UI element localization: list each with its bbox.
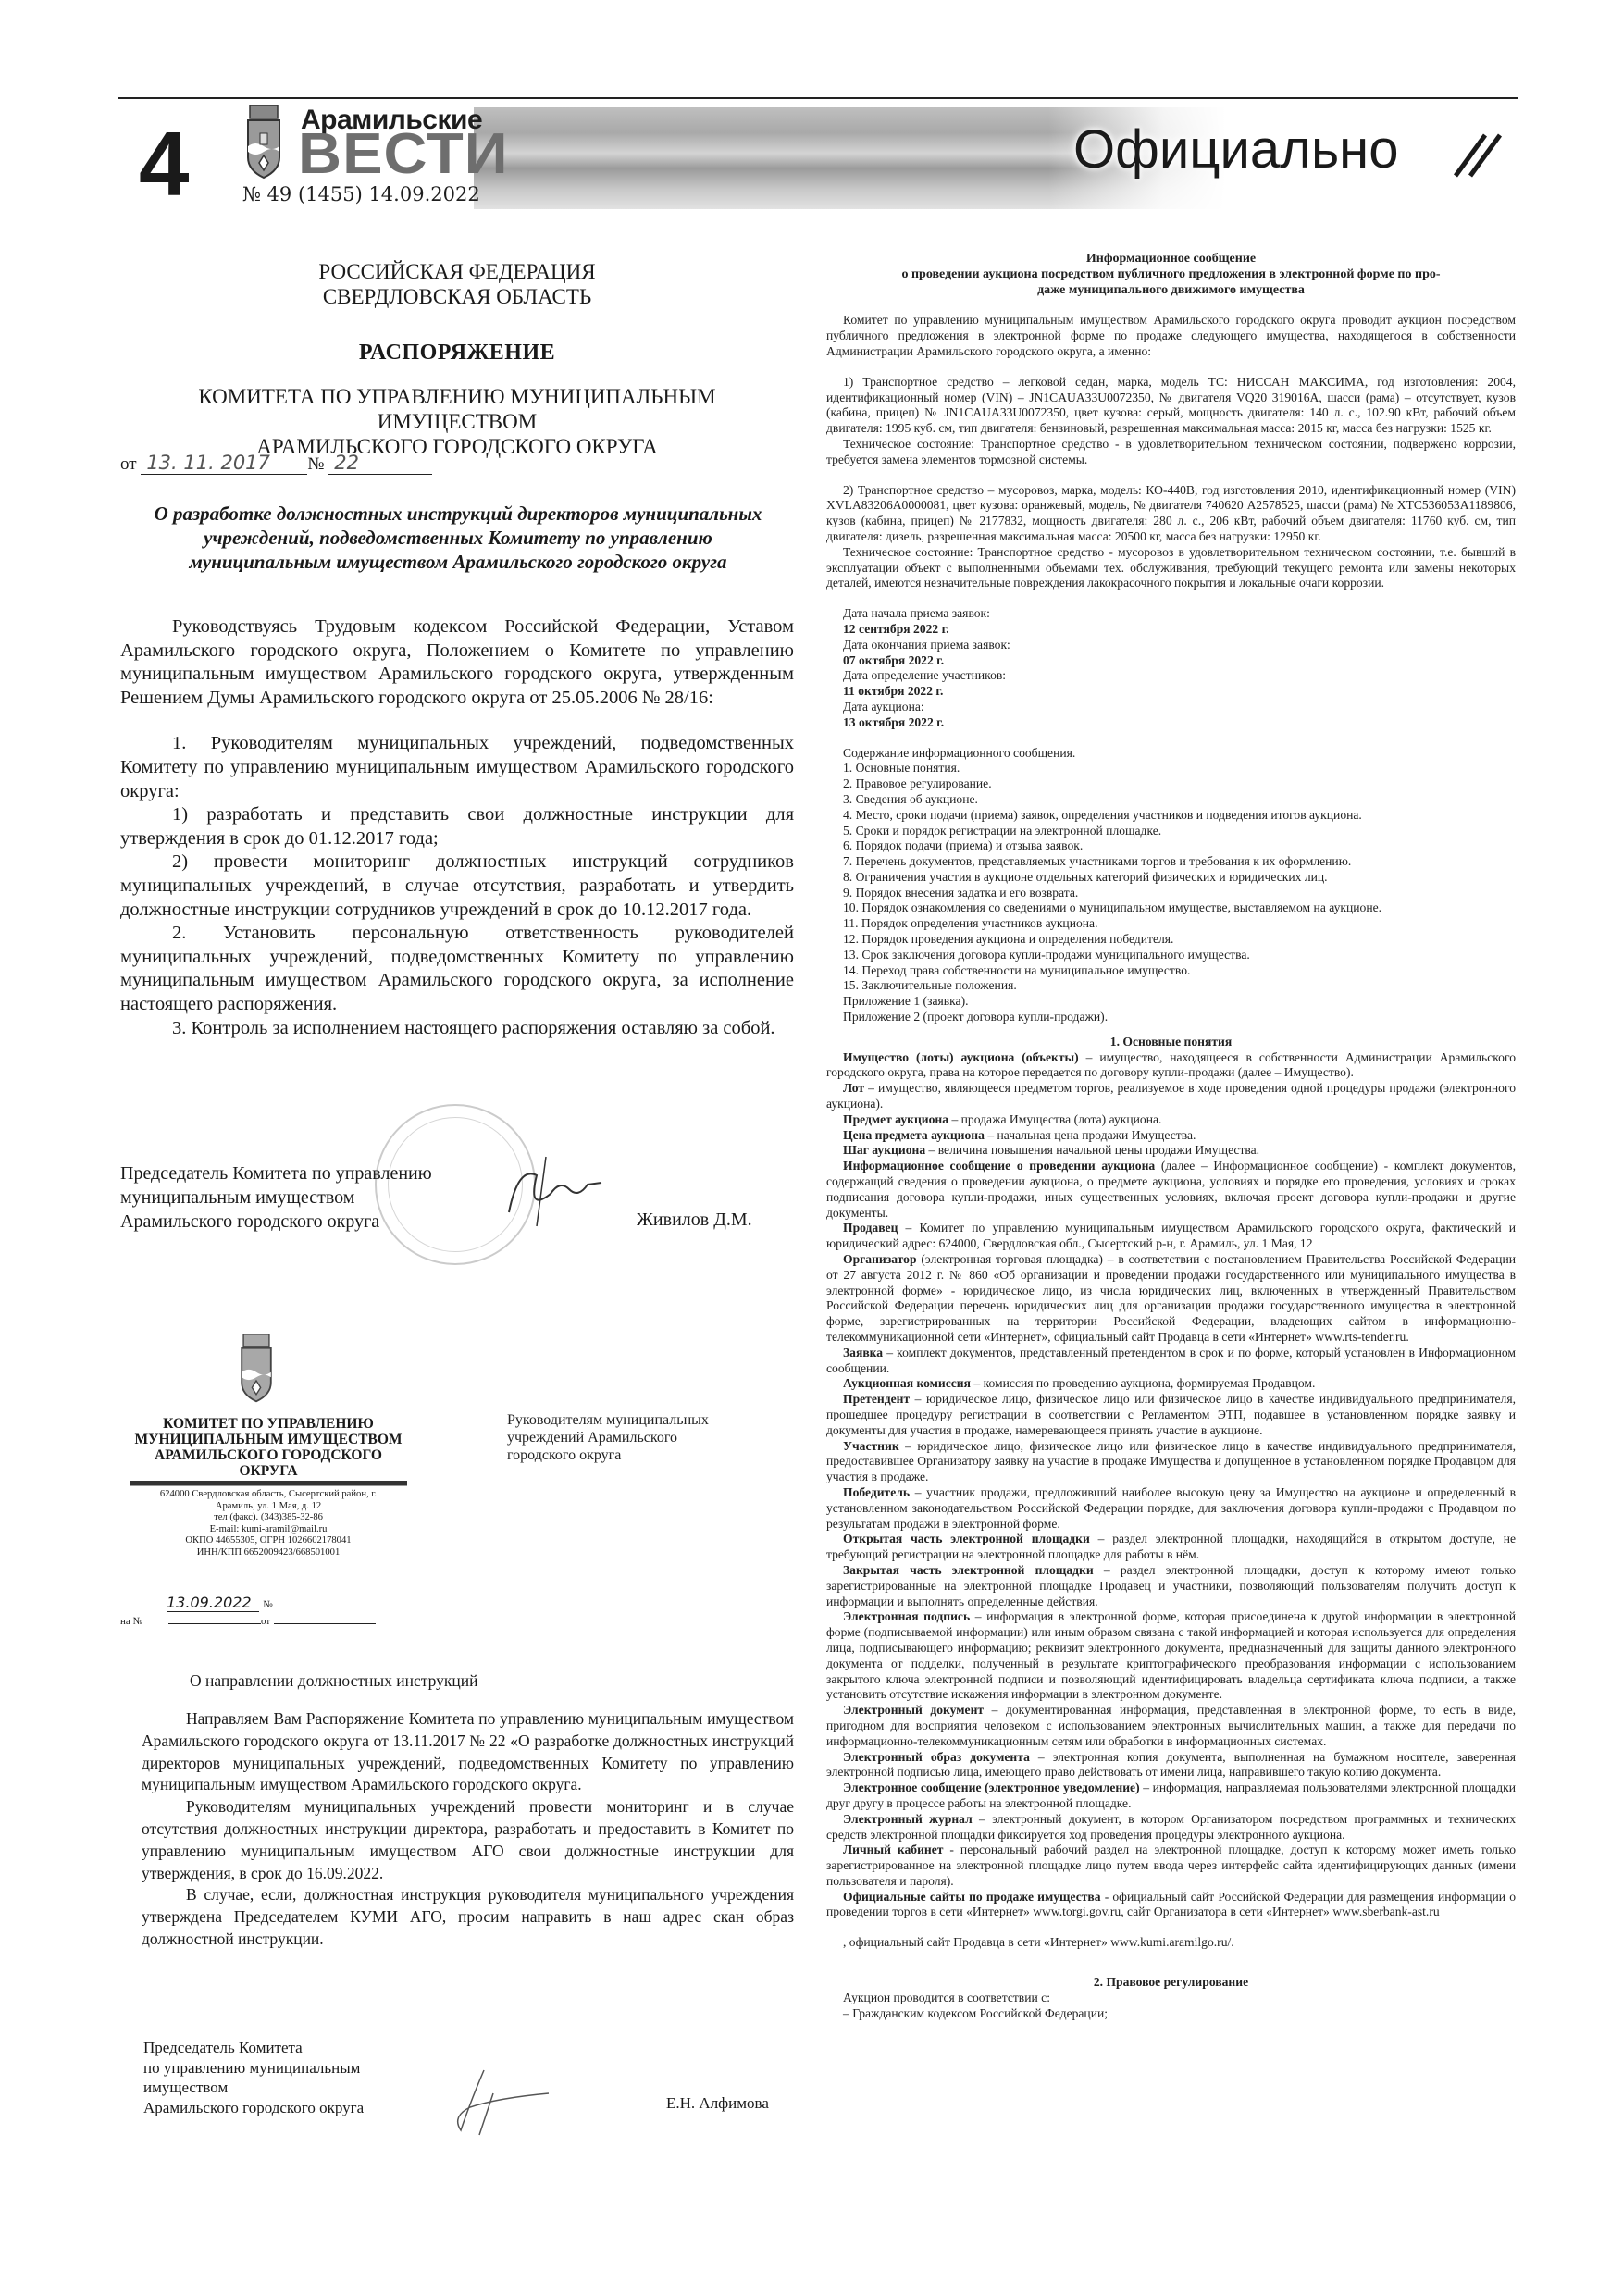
definition-item: Продавец – Комитет по управлению муницип… <box>826 1221 1516 1252</box>
toc-item: Приложение 1 (заявка). <box>826 994 1516 1010</box>
definition-text: – участник продажи, предложивший наиболе… <box>826 1485 1516 1531</box>
definition-item: Цена предмета аукциона – начальная цена … <box>826 1128 1516 1144</box>
order-item: 2. Установить персональную ответственнос… <box>120 922 794 1016</box>
definition-term: Заявка <box>843 1346 883 1359</box>
definition-item: Имущество (лоты) аукциона (объекты) – им… <box>826 1050 1516 1082</box>
seller-site: , официальный сайт Продавца в сети «Инте… <box>826 1935 1516 1951</box>
definition-text: – величина повышения начальной цены прод… <box>925 1143 1259 1157</box>
toc-item: 2. Правовое регулирование. <box>826 776 1516 792</box>
definition-item: Заявка – комплект документов, представле… <box>826 1346 1516 1377</box>
notice-intro: Комитет по управлению муниципальным имущ… <box>826 313 1516 359</box>
definition-text: – продажа Имущества (лота) аукциона. <box>948 1112 1161 1126</box>
definition-item: Организатор (электронная торговая площад… <box>826 1252 1516 1346</box>
definition-item: Информационное сообщение о проведении ау… <box>826 1159 1516 1221</box>
toc-item: Приложение 2 (проект договора купли-прод… <box>826 1010 1516 1025</box>
toc-item: 3. Сведения об аукционе. <box>826 792 1516 808</box>
definition-item: Электронный документ – документированная… <box>826 1703 1516 1749</box>
letterhead-address: 624000 Свердловская область, Сысертский … <box>130 1489 407 1559</box>
definition-term: Претендент <box>843 1392 910 1406</box>
order-item: 3. Контроль за исполнением настоящего ра… <box>120 1017 794 1041</box>
definition-text: – комплект документов, представленный пр… <box>826 1346 1516 1375</box>
double-slash-icon <box>1448 128 1504 183</box>
definition-text: – имущество, являющееся предметом торгов… <box>826 1081 1516 1111</box>
issue-number-date: № 49 (1455) 14.09.2022 <box>242 183 480 205</box>
definition-term: Электронный образ документа <box>843 1750 1030 1764</box>
definition-item: Аукционная комиссия – комиссия по провед… <box>826 1376 1516 1392</box>
definition-text: – Комитет по управлению муниципальным им… <box>826 1221 1516 1250</box>
definition-term: Электронный журнал <box>843 1812 973 1826</box>
order-number: 22 <box>328 452 432 475</box>
notice-lot-2-condition: Техническое состояние: Транспортное сред… <box>826 545 1516 591</box>
toc-item: 6. Порядок подачи (приема) и отзыва заяв… <box>826 838 1516 854</box>
definition-term: Закрытая часть электронной площадки <box>843 1563 1094 1577</box>
order-issuer: КОМИТЕТА ПО УПРАВЛЕНИЮ МУНИЦИПАЛЬНЫМ ИМУ… <box>120 384 794 459</box>
city-coat-of-arms-icon <box>242 104 285 181</box>
definition-term: Электронное сообщение (электронное уведо… <box>843 1781 1140 1794</box>
definition-item: Открытая часть электронной площадки – ра… <box>826 1532 1516 1563</box>
toc-item: 13. Срок заключения договора купли-прода… <box>826 948 1516 963</box>
toc-item: 5. Сроки и порядок регистрации на электр… <box>826 824 1516 839</box>
definition-term: Участник <box>843 1439 899 1453</box>
order-date: 13. 11. 2017 <box>141 452 307 475</box>
order-subject: О разработке должностных инструкций дире… <box>139 502 777 574</box>
definition-term: Продавец <box>843 1221 898 1235</box>
definition-text: (электронная торговая площадка) – в соот… <box>826 1252 1516 1344</box>
definition-text: – начальная цена продажи Имущества. <box>985 1128 1196 1142</box>
letter-date: 13.09.2022 <box>167 1594 259 1612</box>
section-title: Официально <box>1073 118 1398 180</box>
definition-item: Предмет аукциона – продажа Имущества (ло… <box>826 1112 1516 1128</box>
definition-term: Информационное сообщение о проведении ау… <box>843 1159 1155 1173</box>
letter-addressee: Руководителям муниципальных учреждений А… <box>507 1411 709 1464</box>
toc-item: 11. Порядок определения участников аукци… <box>826 916 1516 932</box>
section-2-item: – Гражданским кодексом Российской Федера… <box>826 2006 1516 2022</box>
definition-term: Электронный документ <box>843 1703 984 1717</box>
definition-term: Цена предмета аукциона <box>843 1128 985 1142</box>
notice-toc: Содержание информационного сообщения. 1.… <box>826 746 1516 1025</box>
definition-text: – комиссия по проведению аукциона, форми… <box>971 1376 1315 1390</box>
letter-signatory-title: Председатель Комитета по управлению муни… <box>143 2038 364 2117</box>
definition-term: Шаг аукциона <box>843 1143 925 1157</box>
section-2-title: 2. Правовое регулирование <box>826 1975 1516 1991</box>
definition-term: Открытая часть электронной площадки <box>843 1532 1090 1545</box>
notice-title: Информационное сообщение о проведении ау… <box>826 252 1516 298</box>
letterhead-org-name: КОМИТЕТ ПО УПРАВЛЕНИЮ МУНИЦИПАЛЬНЫМ ИМУЩ… <box>130 1416 407 1479</box>
definition-item: Официальные сайты по продаже имущества -… <box>826 1890 1516 1921</box>
definition-item: Шаг аукциона – величина повышения началь… <box>826 1143 1516 1159</box>
letter-body: Направляем Вам Распоряжение Комитета по … <box>142 1708 794 1951</box>
definition-item: Победитель – участник продажи, предложив… <box>826 1485 1516 1532</box>
definition-text: – юридическое лицо, физическое лицо или … <box>826 1392 1516 1437</box>
order-item: 2) провести мониторинг должностных инстр… <box>120 850 794 922</box>
definition-term: Победитель <box>843 1485 910 1499</box>
order-signatory-name: Живилов Д.М. <box>637 1210 752 1231</box>
definition-item: Лот – имущество, являющееся предметом то… <box>826 1081 1516 1112</box>
definition-item: Электронная подпись – информация в элект… <box>826 1609 1516 1703</box>
toc-item: 15. Заключительные положения. <box>826 978 1516 994</box>
toc-item: 10. Порядок ознакомления со сведениями о… <box>826 900 1516 916</box>
page-number: 4 <box>139 118 190 209</box>
order-item: 1. Руководителям муниципальных учреждени… <box>120 732 794 803</box>
definition-item: Личный кабинет - персональный рабочий ра… <box>826 1843 1516 1889</box>
order-preamble: Руководствуясь Трудовым кодексом Российс… <box>120 615 794 710</box>
toc-item: 9. Порядок внесения задатка и его возвра… <box>826 886 1516 901</box>
definition-term: Официальные сайты по продаже имущества <box>843 1890 1101 1904</box>
definition-term: Имущество (лоты) аукциона (объекты) <box>843 1050 1079 1064</box>
definition-term: Организатор <box>843 1252 917 1266</box>
definitions-list: Имущество (лоты) аукциона (объекты) – им… <box>826 1050 1516 1921</box>
toc-item: 1. Основные понятия. <box>826 761 1516 776</box>
notice-lot-1-condition: Техническое состояние: Транспортное сред… <box>826 437 1516 468</box>
definition-term: Аукционная комиссия <box>843 1376 971 1390</box>
definition-item: Претендент – юридическое лицо, физическо… <box>826 1392 1516 1438</box>
newspaper-name-logo: ВЕСТИ <box>298 126 509 183</box>
letter-signatory-name: Е.Н. Алфимова <box>666 2094 769 2113</box>
definition-item: Закрытая часть электронной площадки – ра… <box>826 1563 1516 1609</box>
letter-reference: на №от <box>120 1616 376 1627</box>
order-date-number: от 13. 11. 2017№ 22 <box>120 452 432 475</box>
section-2-intro: Аукцион проводится в соответствии с: <box>826 1991 1516 2006</box>
definition-item: Участник – юридическое лицо, физическое … <box>826 1439 1516 1485</box>
header-rule <box>118 97 1518 99</box>
notice-lot-2: 2) Транспортное средство – мусоровоз, ма… <box>826 483 1516 545</box>
auction-notice: Информационное сообщение о проведении ау… <box>826 252 1516 2021</box>
toc-item: 8. Ограничения участия в аукционе отдель… <box>826 870 1516 886</box>
signature-mark <box>442 2066 553 2140</box>
order-body: Руководствуясь Трудовым кодексом Российс… <box>120 615 794 1040</box>
definition-text: – юридическое лицо, физическое лицо или … <box>826 1439 1516 1484</box>
letterhead-divider <box>130 1481 407 1486</box>
definition-item: Электронное сообщение (электронное уведо… <box>826 1781 1516 1812</box>
definition-term: Предмет аукциона <box>843 1112 948 1126</box>
toc-item: 12. Порядок проведения аукциона и опреде… <box>826 932 1516 948</box>
city-coat-of-arms-icon <box>236 1333 277 1405</box>
toc-item: 7. Перечень документов, представляемых у… <box>826 854 1516 870</box>
order-item: 1) разработать и представить свои должно… <box>120 803 794 850</box>
letter-date-number: 13.09.2022 № <box>167 1594 380 1612</box>
notice-dates: Дата начала приема заявок: 12 сентября 2… <box>826 606 1516 730</box>
toc-item: 14. Переход права собственности на муниц… <box>826 963 1516 979</box>
letter-subject: О направлении должностных инструкций <box>190 1671 478 1691</box>
definition-term: Лот <box>843 1081 864 1095</box>
toc-item: 4. Место, сроки подачи (приема) заявок, … <box>826 808 1516 824</box>
section-1-title: 1. Основные понятия <box>826 1035 1516 1050</box>
definition-term: Личный кабинет <box>843 1843 943 1856</box>
signature-mark <box>500 1148 611 1231</box>
definition-term: Электронная подпись <box>843 1609 970 1623</box>
definition-item: Электронный журнал – электронный докумен… <box>826 1812 1516 1843</box>
definition-item: Электронный образ документа – электронна… <box>826 1750 1516 1781</box>
order-jurisdiction: РОССИЙСКАЯ ФЕДЕРАЦИЯ СВЕРДЛОВСКАЯ ОБЛАСТ… <box>120 259 794 309</box>
notice-lot-1: 1) Транспортное средство – легковой седа… <box>826 375 1516 437</box>
order-doc-type: РАСПОРЯЖЕНИЕ <box>120 341 794 366</box>
order-signatory-title: Председатель Комитета по управлению муни… <box>120 1161 432 1234</box>
